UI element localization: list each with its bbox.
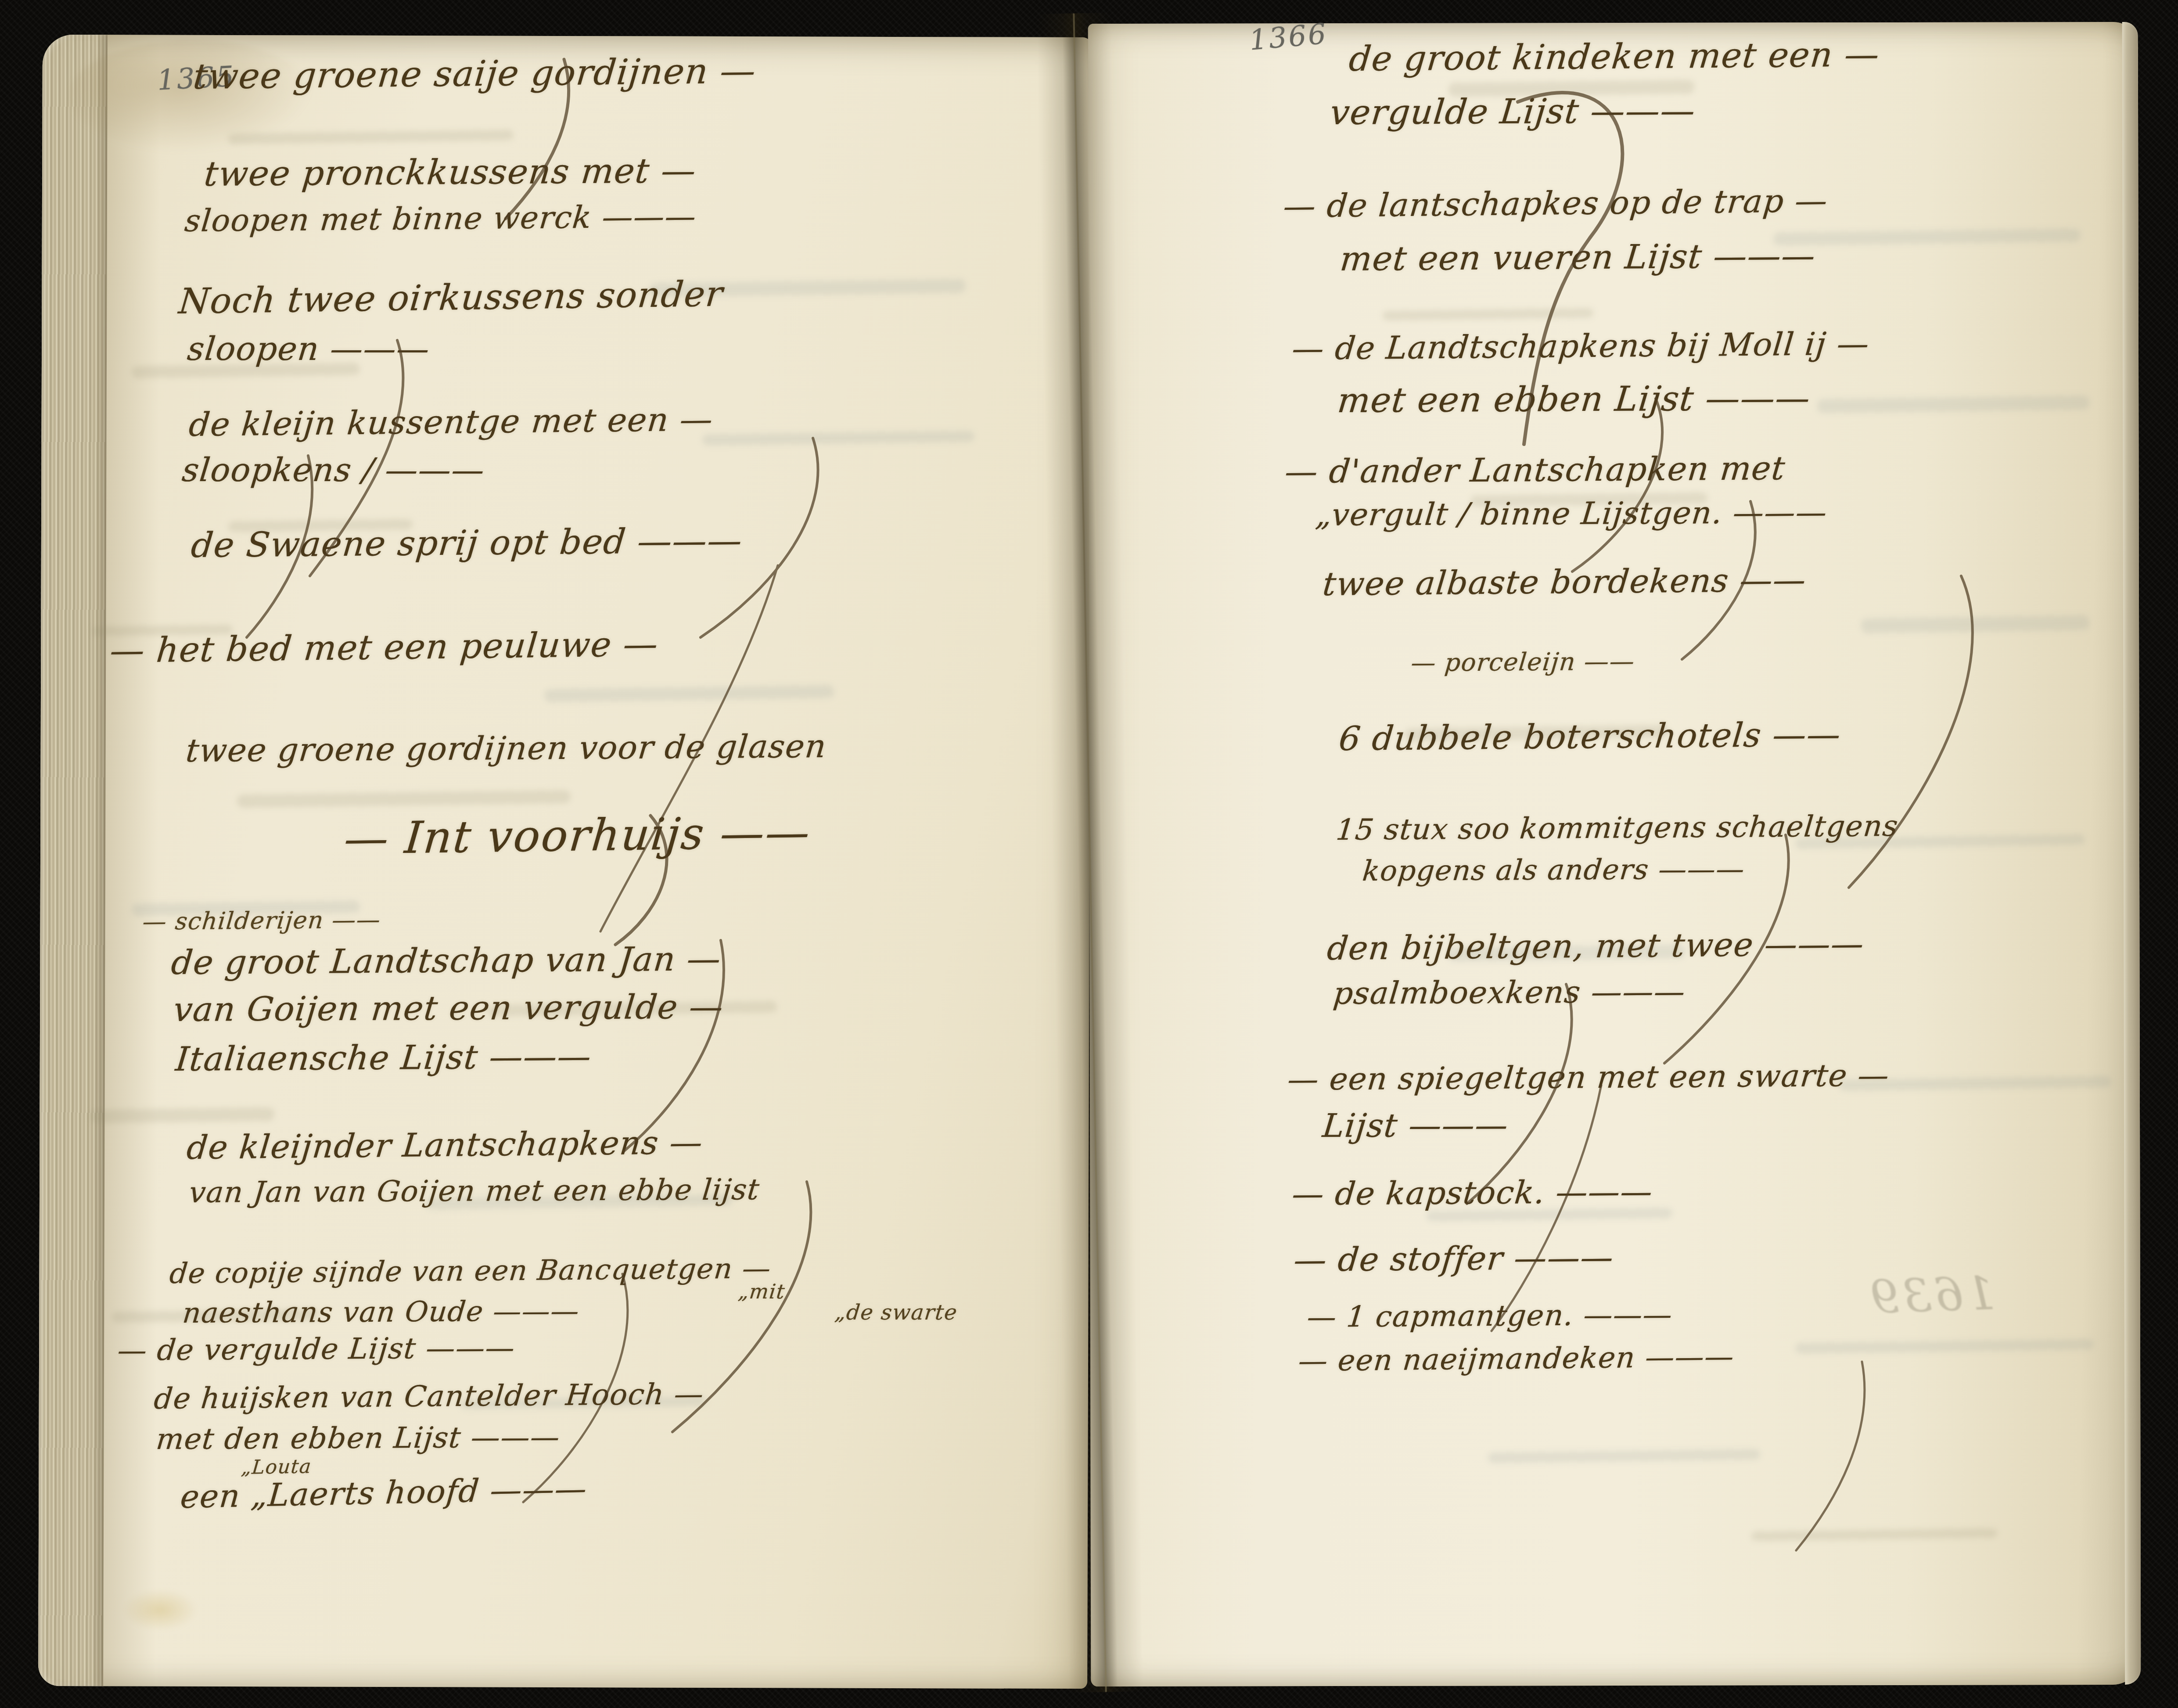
manuscript-line: — een spiegeltgen met een swarte — bbox=[1286, 1057, 1891, 1097]
manuscript-line: — d'ander Lantschapken met bbox=[1283, 449, 1787, 491]
manuscript-line: van Jan van Goijen met een ebbe lijst bbox=[187, 1172, 761, 1209]
manuscript-line: van Goijen met een vergulde — bbox=[172, 987, 726, 1029]
manuscript-line: sloopen ——— bbox=[186, 330, 432, 368]
manuscript-line: — 1 capmantgen. ——— bbox=[1305, 1298, 1674, 1334]
manuscript-line: psalmboexkens ——— bbox=[1332, 974, 1687, 1011]
manuscript-line: 15 stux soo kommitgens schaeltgens bbox=[1334, 809, 1900, 847]
manuscript-line: met een ebben Lijst ——— bbox=[1336, 378, 1812, 421]
manuscript-line: Lijst ——— bbox=[1321, 1107, 1510, 1145]
manuscript-line: met een vueren Lijst ——— bbox=[1338, 236, 1818, 278]
bleed-through-number: 1639 bbox=[1867, 1266, 1996, 1324]
manuscript-line: — schilderijen —— bbox=[141, 906, 382, 935]
manuscript-line: Noch twee oirkussens sonder bbox=[177, 273, 725, 322]
gutter-shadow-line bbox=[1073, 13, 1107, 1692]
manuscript-scan: 1365 1366 1639 twee groene saije gordijn… bbox=[0, 0, 2178, 1708]
manuscript-line: — de stoffer ——— bbox=[1292, 1239, 1616, 1279]
manuscript-line: de Swaene sprij opt bed ——— bbox=[189, 521, 744, 565]
manuscript-line: met den ebben Lijst ——— bbox=[155, 1420, 561, 1456]
manuscript-line: 6 dubbele boterschotels —— bbox=[1337, 715, 1843, 758]
manuscript-line: twee groene gordijnen voor de glasen bbox=[184, 728, 828, 769]
manuscript-line: — de lantschapkes op de trap — bbox=[1282, 182, 1829, 225]
manuscript-line: — de kapstock. ——— bbox=[1290, 1173, 1655, 1212]
manuscript-line: — de Landtschapkens bij Moll ij — bbox=[1290, 325, 1871, 367]
manuscript-line: twee groene saije gordijnen — bbox=[191, 50, 758, 97]
book-fore-edge bbox=[2122, 22, 2141, 1685]
manuscript-line: „mit bbox=[737, 1280, 786, 1303]
manuscript-line: sloopkens / ——— bbox=[180, 451, 487, 489]
manuscript-line: „Louta bbox=[241, 1455, 313, 1479]
manuscript-line: Italiaensche Lijst ——— bbox=[174, 1036, 593, 1079]
manuscript-line: — porceleijn —— bbox=[1410, 647, 1636, 677]
manuscript-line: naesthans van Oude ——— bbox=[181, 1295, 581, 1330]
book-page-edges-fade bbox=[103, 35, 160, 1686]
manuscript-line: sloopen met binne werck ——— bbox=[183, 198, 698, 239]
manuscript-line: — het bed met een peuluwe — bbox=[108, 625, 660, 671]
bleed-through-streak bbox=[1861, 615, 2089, 633]
book-page-edges bbox=[38, 35, 108, 1686]
manuscript-line: de kleijn kussentge met een — bbox=[187, 401, 715, 444]
manuscript-line: kopgens als anders ——— bbox=[1361, 853, 1747, 888]
manuscript-line: — de vergulde Lijst ——— bbox=[116, 1331, 517, 1367]
manuscript-line: de groot kindeken met een — bbox=[1347, 35, 1881, 79]
manuscript-line: de groot Landtschap van Jan — bbox=[169, 939, 723, 982]
manuscript-line: „vergult / binne Lijstgen. ——— bbox=[1314, 494, 1829, 533]
manuscript-line: twee albaste bordekens —— bbox=[1321, 561, 1808, 603]
manuscript-line: — Int voorhuijs —— bbox=[342, 806, 813, 864]
paper-stain bbox=[123, 1589, 198, 1631]
bleed-through-streak bbox=[90, 1107, 274, 1123]
manuscript-line: vergulde Lijst ——— bbox=[1328, 91, 1697, 133]
manuscript-line: de kleijnder Lantschapkens — bbox=[185, 1124, 705, 1167]
manuscript-line: de copije sijnde van een Bancquetgen — bbox=[168, 1252, 773, 1290]
page-number-right: 1366 bbox=[1248, 18, 1329, 57]
manuscript-line: den bijbeltgen, met twee ——— bbox=[1326, 925, 1866, 967]
manuscript-line: de huijsken van Cantelder Hooch — bbox=[153, 1377, 706, 1416]
manuscript-line: „de swarte bbox=[834, 1300, 959, 1325]
manuscript-line: twee pronckkussens met — bbox=[202, 151, 698, 194]
manuscript-line: — een naeijmandeken ——— bbox=[1297, 1340, 1736, 1378]
